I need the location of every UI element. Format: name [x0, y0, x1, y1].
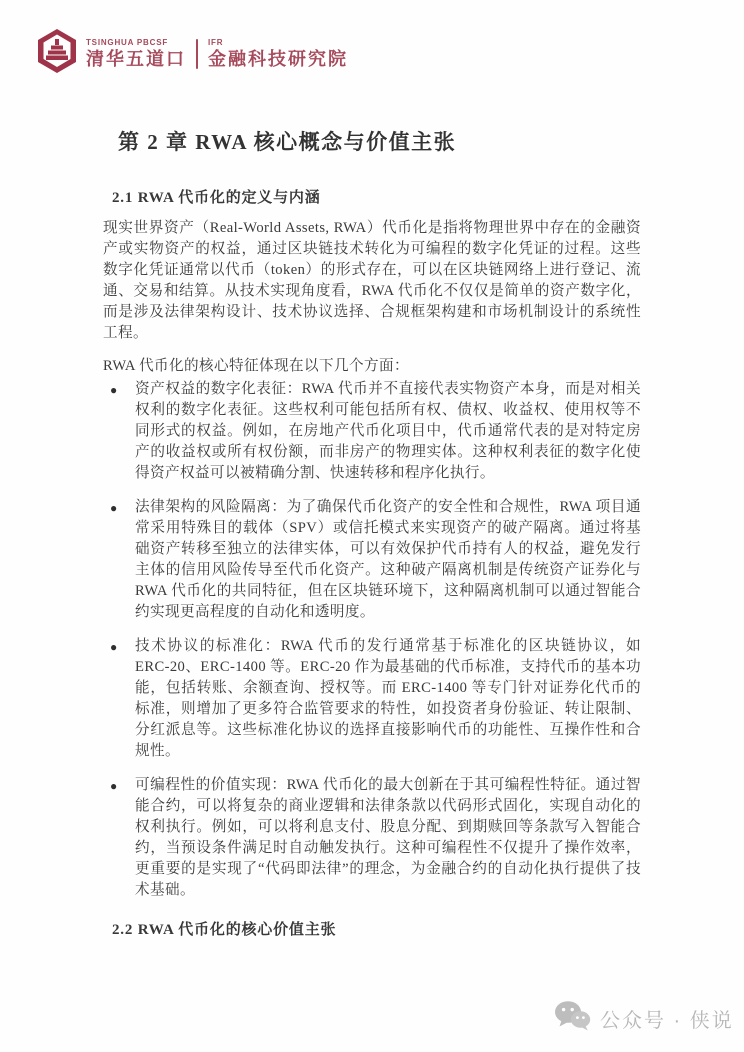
tsinghua-pbcsf-emblem-icon [36, 28, 78, 79]
bullet-dot-icon: ● [110, 498, 118, 519]
watermark-label: 公众号 · 侠说 [600, 1004, 734, 1033]
feature-bullet-protocol-standardization: ● 技术协议的标准化：RWA 代币的发行通常基于标准化的区块链协议，如 ERC-… [103, 636, 641, 762]
feature-bullet-text: 法律架构的风险隔离：为了确保代币化资产的安全性和合规性，RWA 项目通常采用特殊… [135, 499, 641, 620]
feature-bullet-text: 可编程性的价值实现：RWA 代币化的最大创新在于其可编程性特征。通过智能合约，可… [135, 777, 641, 898]
feature-bullet-digital-representation: ● 资产权益的数字化表征：RWA 代币并不直接代表实物资产本身，而是对相关权利的… [103, 379, 641, 484]
logo-tsinghua-en: TSINGHUA PBCSF [86, 38, 186, 48]
definition-paragraph: 现实世界资产（Real-World Assets, RWA）代币化是指将物理世界… [103, 218, 641, 344]
document-page: TSINGHUA PBCSF 清华五道口 IFR 金融科技研究院 第 2 章 R… [0, 0, 744, 1052]
bullet-dot-icon: ● [110, 776, 118, 797]
feature-bullet-list: ● 资产权益的数字化表征：RWA 代币并不直接代表实物资产本身，而是对相关权利的… [103, 379, 641, 914]
logo-text-tsinghua: TSINGHUA PBCSF 清华五道口 [86, 38, 186, 70]
feature-bullet-text: 技术协议的标准化：RWA 代币的发行通常基于标准化的区块链协议，如 ERC-20… [135, 638, 641, 759]
feature-bullet-programmability: ● 可编程性的价值实现：RWA 代币化的最大创新在于其可编程性特征。通过智能合约… [103, 775, 641, 901]
bullet-dot-icon: ● [110, 380, 118, 401]
header-logo: TSINGHUA PBCSF 清华五道口 IFR 金融科技研究院 [36, 28, 348, 79]
chapter-title: 第 2 章 RWA 核心概念与价值主张 [118, 126, 678, 156]
features-intro: RWA 代币化的核心特征体现在以下几个方面： [103, 356, 641, 377]
logo-divider [196, 39, 198, 69]
logo-ifr-cn: 金融科技研究院 [208, 48, 348, 70]
wechat-icon [554, 1000, 591, 1036]
logo-ifr-en: IFR [208, 38, 348, 48]
bullet-dot-icon: ● [110, 637, 118, 658]
feature-bullet-text: 资产权益的数字化表征：RWA 代币并不直接代表实物资产本身，而是对相关权利的数字… [135, 381, 641, 481]
logo-tsinghua-cn: 清华五道口 [86, 48, 186, 70]
watermark: 公众号 · 侠说 [554, 1000, 734, 1036]
section-2-2-heading: 2.2 RWA 代币化的核心价值主张 [112, 918, 632, 939]
section-2-1-heading: 2.1 RWA 代币化的定义与内涵 [112, 186, 632, 207]
logo-text-ifr: IFR 金融科技研究院 [208, 38, 348, 70]
feature-bullet-legal-isolation: ● 法律架构的风险隔离：为了确保代币化资产的安全性和合规性，RWA 项目通常采用… [103, 497, 641, 623]
